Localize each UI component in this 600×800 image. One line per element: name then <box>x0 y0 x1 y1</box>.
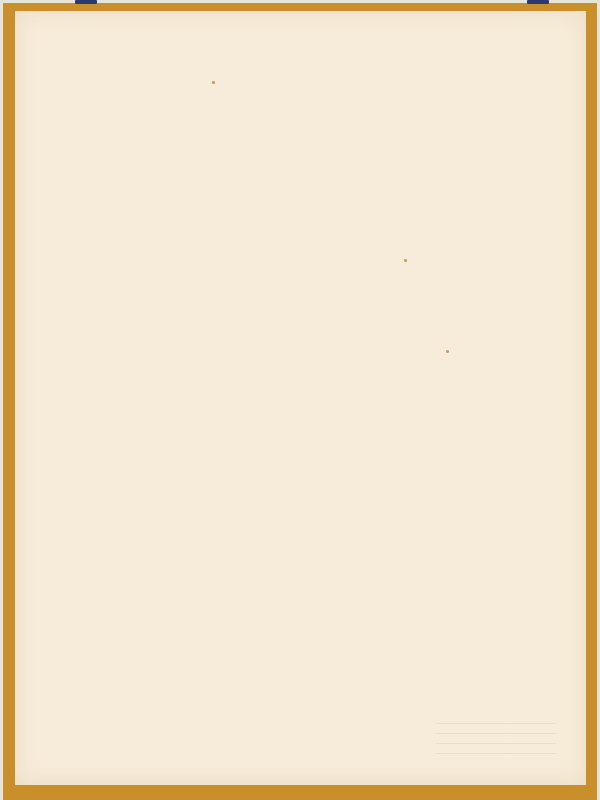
foxing-spot <box>446 350 449 353</box>
clip-mark <box>527 0 549 4</box>
foxing-spot <box>212 81 215 84</box>
clip-mark <box>75 0 97 4</box>
paper-sheet <box>15 11 586 785</box>
foxing-spot <box>404 259 407 262</box>
pencil-inscription <box>436 717 556 757</box>
